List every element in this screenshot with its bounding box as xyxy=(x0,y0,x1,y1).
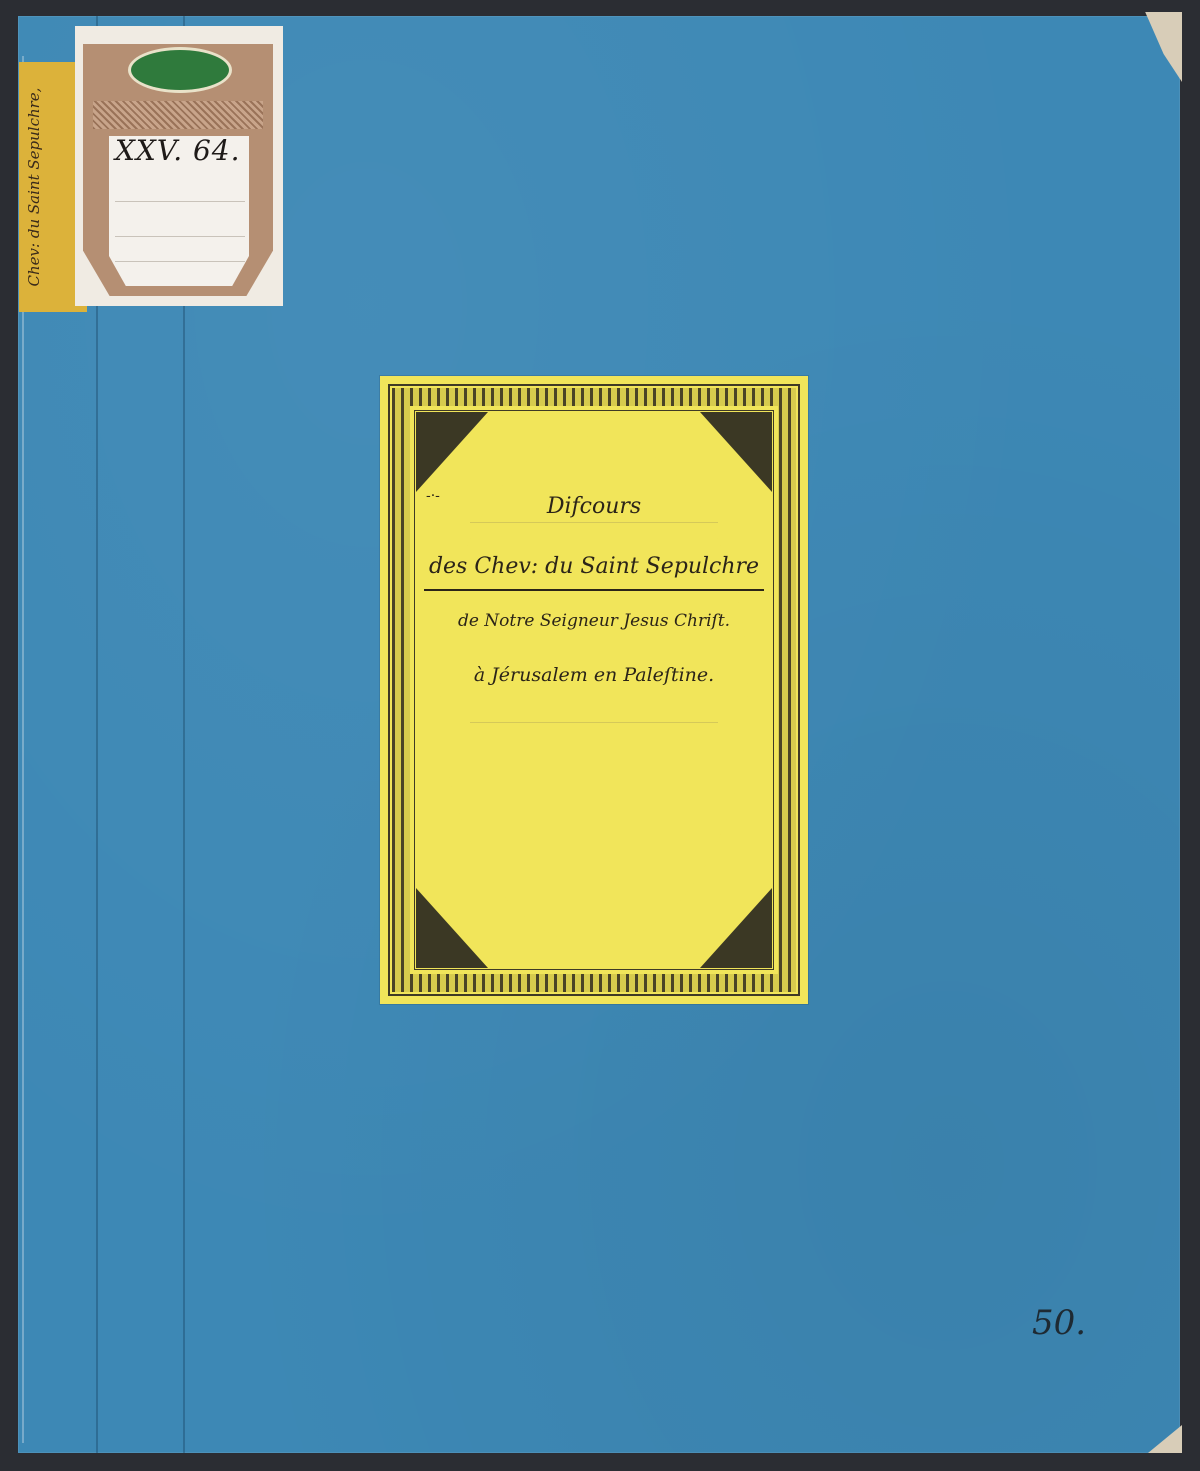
ruled-line xyxy=(115,261,245,262)
title-line-4: à Jérusalem en Paleſtine. xyxy=(380,664,808,686)
green-oval-emblem xyxy=(131,50,229,90)
guide-line xyxy=(470,522,718,523)
ruled-line xyxy=(115,201,245,202)
torn-corner-bottom-right xyxy=(1142,1413,1182,1453)
title-underline xyxy=(424,589,764,591)
title-line-3: de Notre Seigneur Jesus Chriſt. xyxy=(380,611,808,631)
shelfmark-text: XXV. 64. xyxy=(115,134,241,167)
ruled-line xyxy=(115,236,245,237)
torn-corner-top-right xyxy=(1136,12,1182,82)
shelfmark-label: XXV. 64. xyxy=(75,26,283,306)
title-line-2: des Chev: du Saint Sepulchre xyxy=(380,554,808,579)
spine-label-text: Chev: du Saint Sepulchre, xyxy=(25,88,43,287)
title-label: -·- Difcours des Chev: du Saint Sepulchr… xyxy=(380,376,808,1004)
shelfmark-pattern-band xyxy=(93,101,263,129)
title-line-1: Difcours xyxy=(380,494,808,519)
page-number: 50. xyxy=(1032,1303,1086,1343)
guide-line xyxy=(470,722,718,723)
